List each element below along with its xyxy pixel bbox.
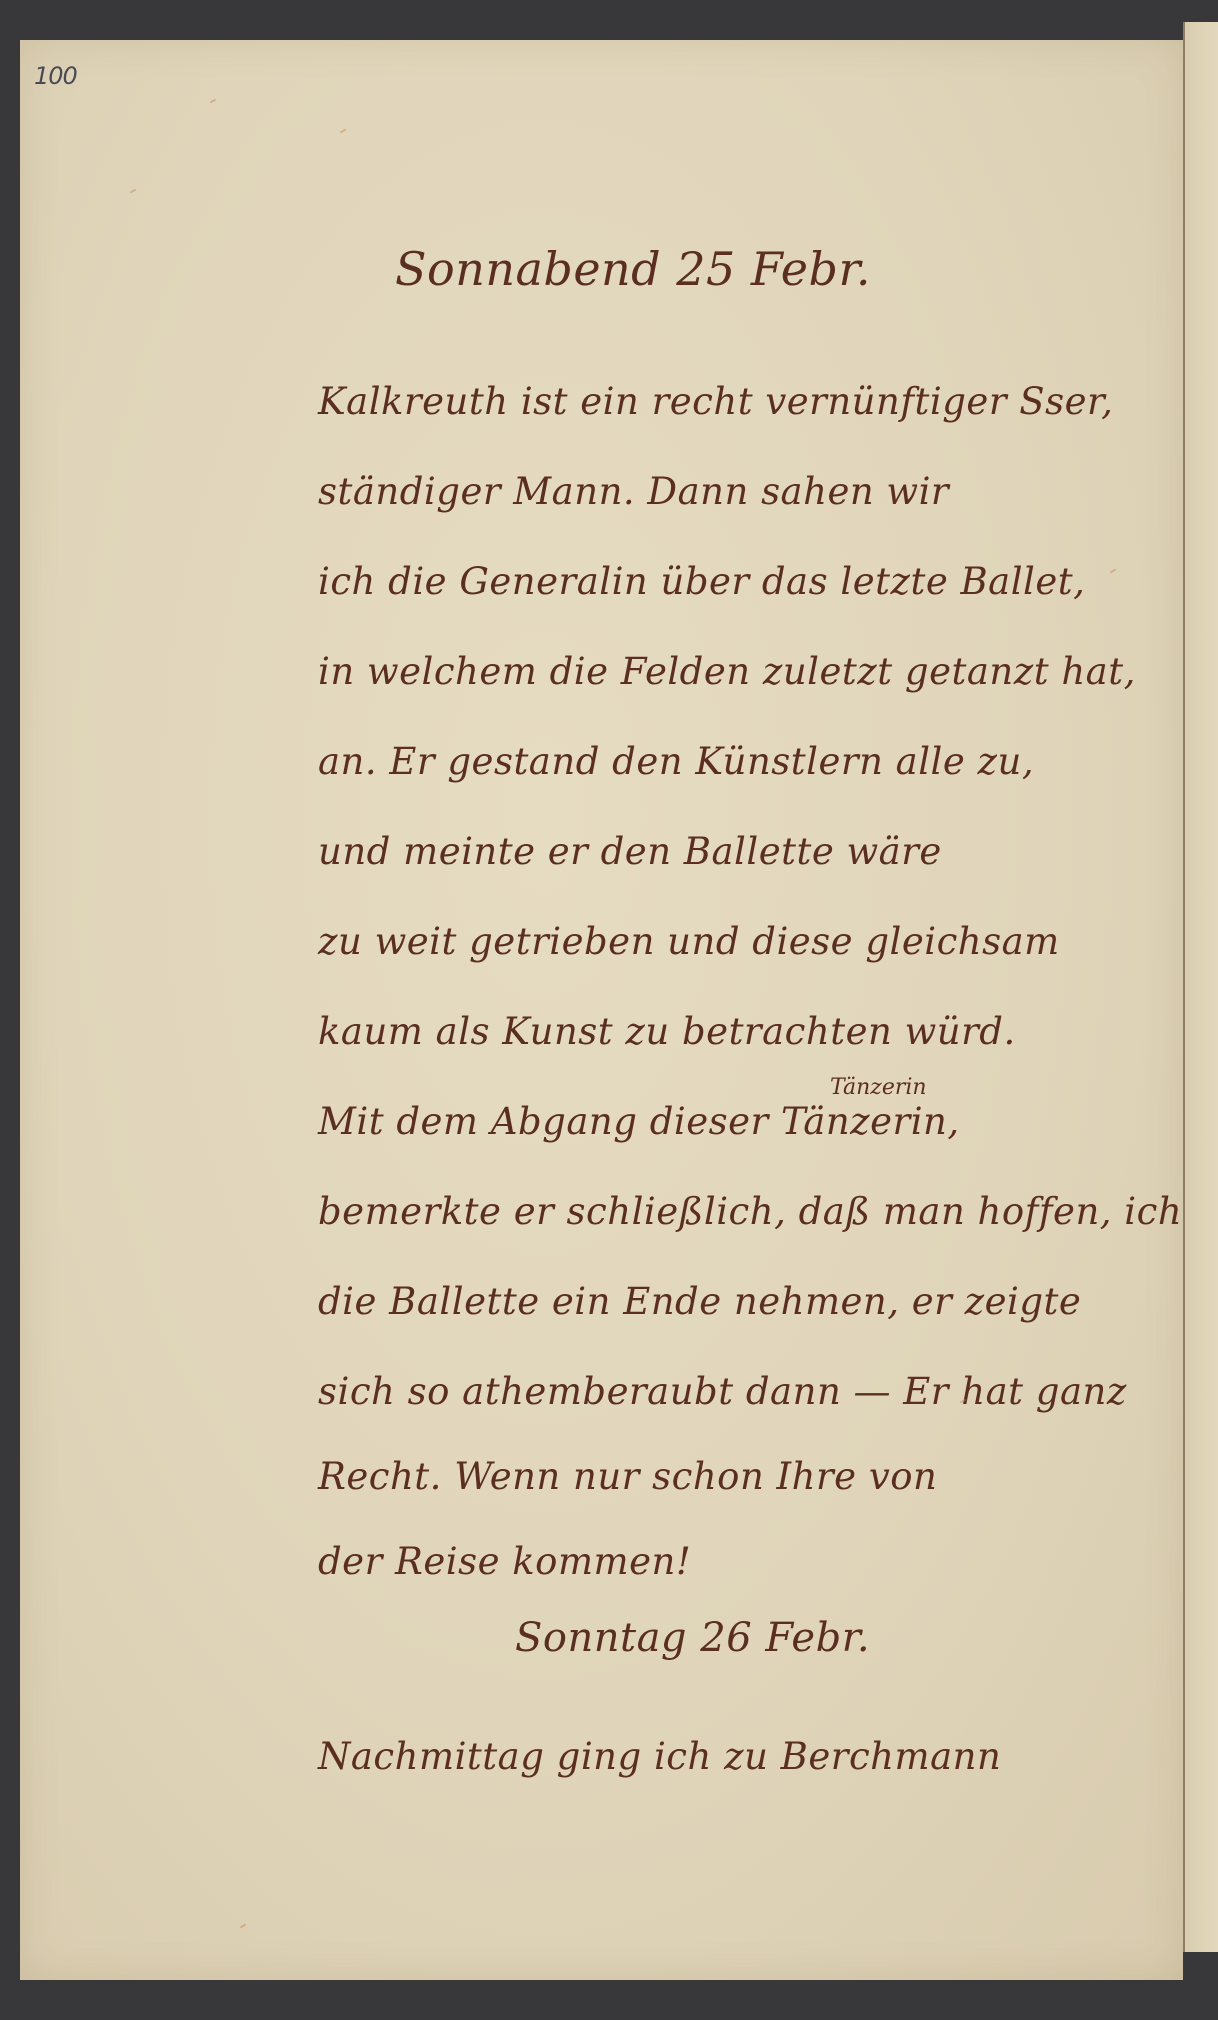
text-line: ständiger Mann. Dann sahen wir	[318, 470, 949, 513]
text-line: an. Er gestand den Künstlern alle zu,	[318, 740, 1034, 783]
text-line: der Reise kommen!	[318, 1540, 691, 1583]
date-heading: Sonnabend 25 Febr.	[395, 242, 871, 296]
text-line: Kalkreuth ist ein recht vernünftiger Sse…	[318, 380, 1113, 423]
text-line: Recht. Wenn nur schon Ihre von	[318, 1455, 937, 1498]
text-line: in welchem die Felden zuletzt getanzt ha…	[318, 650, 1136, 693]
text-line: bemerkte er schließlich, daß man hoffen,…	[318, 1190, 1182, 1233]
text-line: Mit dem Abgang dieser Tänzerin,	[318, 1100, 960, 1143]
text-line: Nachmittag ging ich zu Berchmann	[318, 1735, 1001, 1778]
page-number: 100	[34, 62, 77, 90]
text-line: sich so athemberaubt dann — Er hat ganz	[318, 1370, 1127, 1413]
superscript-correction: Tänzerin	[830, 1075, 927, 1100]
text-line: ich die Generalin über das letzte Ballet…	[318, 560, 1085, 603]
text-line: die Ballette ein Ende nehmen, er zeigte	[318, 1280, 1081, 1323]
text-line: und meinte er den Ballette wäre	[318, 830, 942, 873]
text-line: zu weit getrieben und diese gleichsam	[318, 920, 1060, 963]
adjacent-page-edge	[1183, 22, 1218, 1952]
text-line: kaum als Kunst zu betrachten würd.	[318, 1010, 1016, 1053]
date-heading: Sonntag 26 Febr.	[515, 1615, 870, 1661]
scanned-manuscript: 100 Sonnabend 25 Febr. Kalkreuth ist ein…	[0, 0, 1218, 2020]
